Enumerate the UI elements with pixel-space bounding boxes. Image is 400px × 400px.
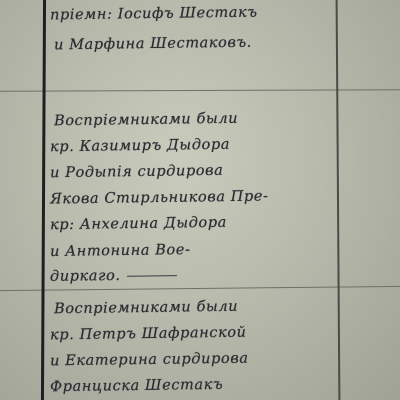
handwritten-line: кр. Казимиръ Дыдора [50, 137, 230, 156]
handwritten-line: пріемн: Іосифъ Шестакъ [50, 5, 258, 24]
register-page: ...ице ...ра- ...ице ...ера- ...фран ...… [0, 0, 400, 400]
handwritten-line: и Антонина Вое- [50, 242, 191, 260]
ruling-line [0, 89, 400, 92]
handwritten-line: кр. Петръ Шафранской [50, 325, 247, 344]
ruling-line [0, 286, 400, 291]
handwritten-line: и Марфина Шестаковъ. [54, 35, 252, 54]
handwritten-line: кр: Анхелина Дыдора [50, 215, 227, 233]
column-divider [336, 0, 340, 400]
handwritten-line: и Родыпія сирдирова [50, 163, 224, 181]
filler-dash [127, 275, 177, 277]
handwritten-line: Якова Стирльникова Пре- [50, 188, 269, 207]
handwritten-line: Воспріемниками были [54, 111, 238, 130]
handwritten-line: диркаго. [50, 267, 177, 285]
column-divider [41, 0, 46, 400]
handwritten-line: и Екатерина сирдирова [50, 351, 249, 370]
handwritten-line: Воспріемниками были [54, 299, 238, 318]
handwritten-line: Франциска Шестакъ [50, 377, 223, 395]
